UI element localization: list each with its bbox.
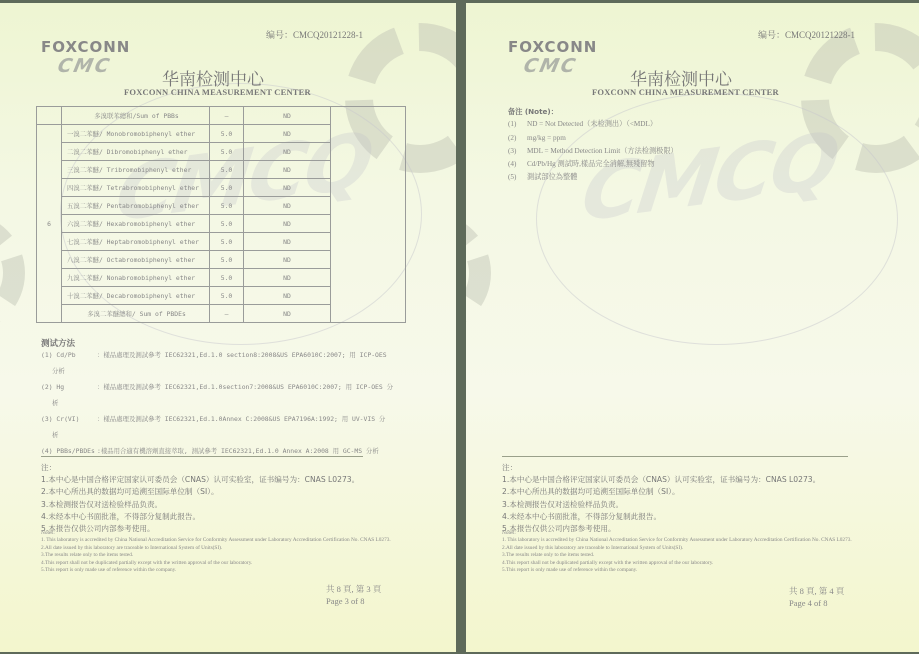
note-title: 备注 (Note)： [508,105,678,118]
result-value: ND [244,107,331,125]
method-text: :樣品用合適有機溶劑直接萃取, 測試參考 IEC62321,Ed.1.0 Ann… [97,447,379,455]
result-value: ND [244,161,331,179]
method-label: (3) Cr(VI) [41,411,97,427]
note-line: 2.本中心所出具的数据均可追溯至国际单位制（SI）。 [502,486,820,498]
foxconn-logo: FOXCONN [508,38,597,56]
mdl-value: 5.0 [210,287,244,305]
note-line: 1. This laboratory is accredited by Chin… [41,537,436,544]
mdl-value: 5.0 [210,215,244,233]
mdl-value: 5.0 [210,125,244,143]
note-line: 2.All date issued by this laboratory are… [502,545,902,552]
note-list: 备注 (Note)：(1)ND = Not Detected（未检测出）（<MD… [508,105,678,185]
item-name: 五溴二苯醚/ Pentabromobiphenyl ether [62,197,210,215]
note-line: 4.未经本中心书面批准，不得部分复制此报告。 [502,511,820,523]
result-value: ND [244,125,331,143]
group-index: 6 [37,125,62,323]
note-line: 5.This report is only made use of refere… [41,567,436,574]
result-value: ND [244,233,331,251]
method-text: ：樣品處理及測試參考 IEC62321,Ed.1.0section7:2008&… [97,383,393,391]
page-count-en: Page 3 of 8 [326,595,381,607]
note-line: 4.This report shall not be duplicated pa… [41,560,436,567]
page-indicator: 共 8 頁, 第 4 頁 Page 4 of 8 [789,585,844,609]
result-value: ND [244,143,331,161]
methods-list: (1) Cd/Pb：樣品處理及測試參考 IEC62321,Ed.1.0 sect… [41,347,411,459]
note-item: (2)mg/kg = ppm [508,132,678,145]
page-count-cn: 共 8 頁, 第 3 頁 [326,583,381,595]
note-line: 3.The results relate only to the items t… [502,552,902,559]
note-item: (4)Cd/Pb/Hg 测試時,樣品完全消解,無殘留物 [508,158,678,171]
item-name: 九溴二苯醚/ Nonabromobiphenyl ether [62,269,210,287]
mdl-value: 5.0 [210,269,244,287]
result-value: ND [244,287,331,305]
cmc-logo: CMC [522,55,579,77]
note-line: 2.本中心所出具的数据均可追溯至国际单位制（SI）。 [41,486,359,498]
result-value: ND [244,305,331,323]
method-text-cont: 析 [41,395,411,411]
mdl-value: 5.0 [210,143,244,161]
notes-heading: 注： [502,462,820,474]
item-name: 八溴二苯醚/ Octabromobiphenyl ether [62,251,210,269]
report-page-4: CMCQ 编号：CMCQ20121228-1 FOXCONN CMC 华南检测中… [466,3,919,652]
gear-watermark-icon [466,213,491,333]
report-page-3: CMCQ 编号：CMCQ20121228-1 FOXCONN CMC 华南检测中… [0,3,456,652]
page-count-en: Page 4 of 8 [789,597,844,609]
document-number: 编号：CMCQ20121228-1 [758,28,855,41]
note-item: (3)MDL = Method Detection Limit（方法检测极限） [508,145,678,158]
notes-cn: 注：1.本中心是中国合格评定国家认可委员会（CNAS）认可实验室，证书编号为：C… [41,462,359,535]
method-item: (2) Hg：樣品處理及測試參考 IEC62321,Ed.1.0section7… [41,379,411,395]
item-name: 四溴二苯醚/ Tetrabromobiphenyl ether [62,179,210,197]
result-value: ND [244,269,331,287]
mdl-value: — [210,305,244,323]
mdl-value: 5.0 [210,197,244,215]
center-title-en: FOXCONN CHINA MEASUREMENT CENTER [592,87,779,97]
mdl-value: 5.0 [210,161,244,179]
item-name: 十溴二苯醚/ Decabromobiphenyl ether [62,287,210,305]
note-line: 3.本检测报告仅对送检验样品负责。 [502,499,820,511]
notes-heading: 注： [41,462,359,474]
empty-cell [37,107,62,125]
method-label: (1) Cd/Pb [41,347,97,363]
note-line: 1.本中心是中国合格评定国家认可委员会（CNAS）认可实验室，证书编号为：CNA… [502,474,820,486]
notes-cn: 注：1.本中心是中国合格评定国家认可委员会（CNAS）认可实验室，证书编号为：C… [502,462,820,535]
method-text-cont: 析 [41,427,411,443]
foxconn-logo: FOXCONN [41,38,130,56]
result-value: ND [244,197,331,215]
result-value: ND [244,179,331,197]
results-table: 多溴联苯總和/Sum of PBBs—ND6一溴二苯醚/ Monobromobi… [36,106,406,323]
page-count-cn: 共 8 頁, 第 4 頁 [789,585,844,597]
note-line: 2.All date issued by this laboratory are… [41,545,436,552]
page-indicator: 共 8 頁, 第 3 頁 Page 3 of 8 [326,583,381,607]
result-value: ND [244,215,331,233]
item-name: 六溴二苯醚/ Hexabromobiphenyl ether [62,215,210,233]
note-line: 5.This report is only made use of refere… [502,567,902,574]
mdl-value: — [210,107,244,125]
method-item: (1) Cd/Pb：樣品處理及測試參考 IEC62321,Ed.1.0 sect… [41,347,411,363]
item-name: 七溴二苯醚/ Heptabromobiphenyl ether [62,233,210,251]
divider [502,456,848,457]
gear-watermark-icon [0,213,25,333]
note-item: (1)ND = Not Detected（未检测出）（<MDL） [508,118,678,131]
item-name: 多溴联苯總和/Sum of PBBs [62,107,210,125]
method-item: (3) Cr(VI)：樣品處理及測試參考 IEC62321,Ed.1.0Anne… [41,411,411,427]
note-item: (5)測試部位為整體 [508,171,678,184]
notes-en: Notes:1. This laboratory is accredited b… [502,530,902,574]
method-text: ：樣品處理及測試參考 IEC62321,Ed.1.0Annex C:2008&U… [97,415,385,423]
center-title-en: FOXCONN CHINA MEASUREMENT CENTER [124,87,311,97]
item-name: 二溴二苯醚/ Dibromobiphenyl ether [62,143,210,161]
method-text-cont: 分析 [41,363,411,379]
notes-en: Notes:1. This laboratory is accredited b… [41,530,436,574]
item-name: 三溴二苯醚/ Tribromobiphenyl ether [62,161,210,179]
document-number: 编号：CMCQ20121228-1 [266,28,363,41]
method-text: ：樣品處理及測試參考 IEC62321,Ed.1.0 section8:2008… [97,351,387,359]
method-label: (2) Hg [41,379,97,395]
result-value: ND [244,251,331,269]
mdl-value: 5.0 [210,179,244,197]
divider [41,456,363,457]
note-line: 4.未经本中心书面批准，不得部分复制此报告。 [41,511,359,523]
mdl-value: 5.0 [210,251,244,269]
table-row: 多溴联苯總和/Sum of PBBs—ND [37,107,406,125]
note-line: 4.This report shall not be duplicated pa… [502,560,902,567]
item-name: 多溴二苯醚總和/ Sum of PBDEs [62,305,210,323]
item-name: 一溴二苯醚/ Monobromobiphenyl ether [62,125,210,143]
note-line: 1. This laboratory is accredited by Chin… [502,537,902,544]
note-line: 3.本检测报告仅对送检验样品负责。 [41,499,359,511]
note-line: 3.The results relate only to the items t… [41,552,436,559]
cmc-logo: CMC [56,55,113,77]
note-line: 1.本中心是中国合格评定国家认可委员会（CNAS）认可实验室，证书编号为：CNA… [41,474,359,486]
mdl-value: 5.0 [210,233,244,251]
empty-column [331,107,406,323]
